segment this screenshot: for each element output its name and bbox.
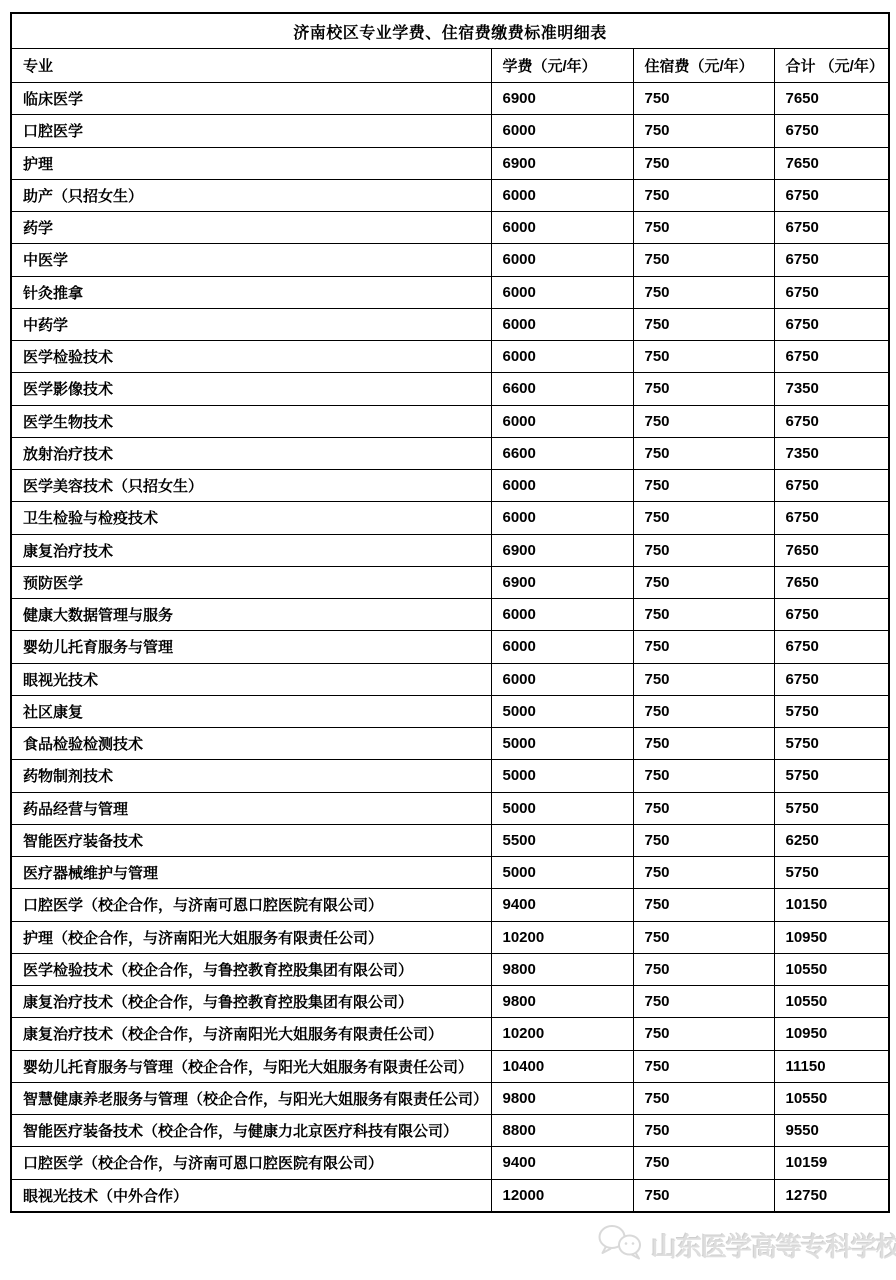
table-row: 药品经营与管理50007505750 [11, 792, 889, 824]
cell-accommodation: 750 [633, 1179, 774, 1212]
cell-tuition: 6000 [491, 276, 633, 308]
cell-major: 药品经营与管理 [11, 792, 491, 824]
cell-total: 6750 [774, 212, 889, 244]
cell-accommodation: 750 [633, 824, 774, 856]
cell-total: 11150 [774, 1050, 889, 1082]
cell-accommodation: 750 [633, 244, 774, 276]
cell-accommodation: 750 [633, 341, 774, 373]
table-row: 口腔医学（校企合作，与济南可恩口腔医院有限公司）940075010159 [11, 1147, 889, 1179]
col-header-total: 合计 （元/年） [774, 49, 889, 83]
cell-major: 婴幼儿托育服务与管理（校企合作，与阳光大姐服务有限责任公司） [11, 1050, 491, 1082]
cell-total: 6750 [774, 405, 889, 437]
cell-accommodation: 750 [633, 986, 774, 1018]
cell-tuition: 6000 [491, 244, 633, 276]
table-row: 婴幼儿托育服务与管理（校企合作，与阳光大姐服务有限责任公司）1040075011… [11, 1050, 889, 1082]
cell-total: 6750 [774, 244, 889, 276]
table-row: 卫生检验与检疫技术60007506750 [11, 502, 889, 534]
table-row: 眼视光技术60007506750 [11, 663, 889, 695]
cell-tuition: 9800 [491, 986, 633, 1018]
cell-accommodation: 750 [633, 1050, 774, 1082]
table-row: 临床医学69007507650 [11, 83, 889, 115]
cell-accommodation: 750 [633, 437, 774, 469]
cell-tuition: 6600 [491, 437, 633, 469]
cell-total: 5750 [774, 857, 889, 889]
cell-tuition: 6900 [491, 534, 633, 566]
cell-total: 6750 [774, 308, 889, 340]
col-header-major: 专业 [11, 49, 491, 83]
cell-accommodation: 750 [633, 405, 774, 437]
cell-tuition: 6900 [491, 566, 633, 598]
cell-accommodation: 750 [633, 889, 774, 921]
table-header-row: 专业 学费（元/年） 住宿费（元/年） 合计 （元/年） [11, 49, 889, 83]
table-row: 药学60007506750 [11, 212, 889, 244]
cell-major: 眼视光技术 [11, 663, 491, 695]
table-row: 康复治疗技术（校企合作，与济南阳光大姐服务有限责任公司）102007501095… [11, 1018, 889, 1050]
cell-total: 10159 [774, 1147, 889, 1179]
cell-total: 7650 [774, 83, 889, 115]
cell-total: 6750 [774, 599, 889, 631]
cell-total: 6750 [774, 341, 889, 373]
cell-accommodation: 750 [633, 470, 774, 502]
watermark-text: 山东医学高等专科学校 [651, 1227, 896, 1264]
cell-accommodation: 750 [633, 1082, 774, 1114]
table-row: 护理（校企合作，与济南阳光大姐服务有限责任公司）1020075010950 [11, 921, 889, 953]
cell-accommodation: 750 [633, 695, 774, 727]
table-row: 中药学60007506750 [11, 308, 889, 340]
col-header-accommodation: 住宿费（元/年） [633, 49, 774, 83]
cell-total: 7650 [774, 566, 889, 598]
cell-accommodation: 750 [633, 115, 774, 147]
cell-tuition: 10200 [491, 1018, 633, 1050]
cell-total: 6750 [774, 179, 889, 211]
cell-tuition: 6000 [491, 341, 633, 373]
cell-tuition: 5000 [491, 695, 633, 727]
cell-accommodation: 750 [633, 566, 774, 598]
cell-total: 5750 [774, 792, 889, 824]
col-header-tuition: 学费（元/年） [491, 49, 633, 83]
cell-accommodation: 750 [633, 1115, 774, 1147]
cell-accommodation: 750 [633, 953, 774, 985]
cell-accommodation: 750 [633, 1147, 774, 1179]
cell-major: 助产（只招女生） [11, 179, 491, 211]
cell-tuition: 9400 [491, 889, 633, 921]
cell-accommodation: 750 [633, 599, 774, 631]
table-row: 口腔医学60007506750 [11, 115, 889, 147]
cell-major: 护理 [11, 147, 491, 179]
table-row: 医学检验技术60007506750 [11, 341, 889, 373]
cell-total: 10550 [774, 953, 889, 985]
cell-total: 7650 [774, 534, 889, 566]
cell-accommodation: 750 [633, 1018, 774, 1050]
cell-tuition: 6000 [491, 179, 633, 211]
cell-accommodation: 750 [633, 663, 774, 695]
cell-accommodation: 750 [633, 631, 774, 663]
cell-tuition: 10400 [491, 1050, 633, 1082]
cell-total: 6750 [774, 115, 889, 147]
cell-tuition: 5000 [491, 728, 633, 760]
cell-total: 7350 [774, 373, 889, 405]
cell-major: 卫生检验与检疫技术 [11, 502, 491, 534]
cell-tuition: 6000 [491, 115, 633, 147]
cell-major: 口腔医学（校企合作，与济南可恩口腔医院有限公司） [11, 1147, 491, 1179]
cell-total: 10950 [774, 1018, 889, 1050]
cell-major: 社区康复 [11, 695, 491, 727]
cell-major: 放射治疗技术 [11, 437, 491, 469]
fee-table: 济南校区专业学费、住宿费缴费标准明细表 专业 学费（元/年） 住宿费（元/年） … [10, 12, 890, 1213]
cell-total: 10550 [774, 1082, 889, 1114]
cell-tuition: 5000 [491, 857, 633, 889]
cell-major: 医学检验技术 [11, 341, 491, 373]
cell-total: 10950 [774, 921, 889, 953]
cell-major: 医学美容技术（只招女生） [11, 470, 491, 502]
cell-major: 食品检验检测技术 [11, 728, 491, 760]
cell-tuition: 6900 [491, 147, 633, 179]
cell-total: 5750 [774, 728, 889, 760]
cell-major: 眼视光技术（中外合作） [11, 1179, 491, 1212]
cell-accommodation: 750 [633, 792, 774, 824]
cell-tuition: 8800 [491, 1115, 633, 1147]
cell-total: 9550 [774, 1115, 889, 1147]
cell-tuition: 10200 [491, 921, 633, 953]
cell-major: 中医学 [11, 244, 491, 276]
cell-tuition: 6000 [491, 470, 633, 502]
cell-tuition: 5000 [491, 760, 633, 792]
cell-major: 智能医疗装备技术（校企合作，与健康力北京医疗科技有限公司） [11, 1115, 491, 1147]
cell-tuition: 6000 [491, 212, 633, 244]
table-row: 医疗器械维护与管理50007505750 [11, 857, 889, 889]
cell-major: 智慧健康养老服务与管理（校企合作，与阳光大姐服务有限责任公司） [11, 1082, 491, 1114]
table-row: 智能医疗装备技术55007506250 [11, 824, 889, 856]
cell-accommodation: 750 [633, 921, 774, 953]
cell-major: 临床医学 [11, 83, 491, 115]
cell-accommodation: 750 [633, 728, 774, 760]
table-row: 药物制剂技术50007505750 [11, 760, 889, 792]
cell-tuition: 6600 [491, 373, 633, 405]
cell-major: 医疗器械维护与管理 [11, 857, 491, 889]
cell-major: 医学影像技术 [11, 373, 491, 405]
cell-major: 医学生物技术 [11, 405, 491, 437]
table-row: 口腔医学（校企合作，与济南可恩口腔医院有限公司）940075010150 [11, 889, 889, 921]
cell-major: 药物制剂技术 [11, 760, 491, 792]
table-row: 康复治疗技术（校企合作，与鲁控教育控股集团有限公司）980075010550 [11, 986, 889, 1018]
cell-tuition: 9400 [491, 1147, 633, 1179]
cell-major: 口腔医学 [11, 115, 491, 147]
cell-total: 5750 [774, 760, 889, 792]
cell-tuition: 6000 [491, 663, 633, 695]
cell-total: 6250 [774, 824, 889, 856]
table-row: 健康大数据管理与服务60007506750 [11, 599, 889, 631]
cell-tuition: 9800 [491, 1082, 633, 1114]
table-row: 医学检验技术（校企合作，与鲁控教育控股集团有限公司）980075010550 [11, 953, 889, 985]
cell-major: 护理（校企合作，与济南阳光大姐服务有限责任公司） [11, 921, 491, 953]
table-row: 护理69007507650 [11, 147, 889, 179]
table-row: 助产（只招女生）60007506750 [11, 179, 889, 211]
table-row: 智能医疗装备技术（校企合作，与健康力北京医疗科技有限公司）88007509550 [11, 1115, 889, 1147]
table-row: 康复治疗技术69007507650 [11, 534, 889, 566]
cell-total: 7650 [774, 147, 889, 179]
cell-total: 7350 [774, 437, 889, 469]
table-row: 社区康复50007505750 [11, 695, 889, 727]
cell-tuition: 12000 [491, 1179, 633, 1212]
cell-total: 6750 [774, 276, 889, 308]
cell-major: 口腔医学（校企合作，与济南可恩口腔医院有限公司） [11, 889, 491, 921]
cell-major: 婴幼儿托育服务与管理 [11, 631, 491, 663]
cell-total: 6750 [774, 470, 889, 502]
cell-accommodation: 750 [633, 308, 774, 340]
table-row: 针灸推拿60007506750 [11, 276, 889, 308]
table-row: 智慧健康养老服务与管理（校企合作，与阳光大姐服务有限责任公司）980075010… [11, 1082, 889, 1114]
cell-tuition: 5500 [491, 824, 633, 856]
cell-accommodation: 750 [633, 212, 774, 244]
cell-total: 6750 [774, 663, 889, 695]
table-body: 临床医学69007507650口腔医学60007506750护理69007507… [11, 83, 889, 1213]
table-row: 医学影像技术66007507350 [11, 373, 889, 405]
table-row: 放射治疗技术66007507350 [11, 437, 889, 469]
cell-accommodation: 750 [633, 502, 774, 534]
cell-accommodation: 750 [633, 147, 774, 179]
cell-tuition: 6000 [491, 502, 633, 534]
cell-tuition: 6000 [491, 599, 633, 631]
watermark: 山东医学高等专科学校 [598, 1222, 896, 1269]
table-row: 医学美容技术（只招女生）60007506750 [11, 470, 889, 502]
cell-accommodation: 750 [633, 179, 774, 211]
cell-total: 12750 [774, 1179, 889, 1212]
cell-tuition: 6000 [491, 308, 633, 340]
cell-total: 6750 [774, 631, 889, 663]
cell-major: 医学检验技术（校企合作，与鲁控教育控股集团有限公司） [11, 953, 491, 985]
cell-major: 康复治疗技术（校企合作，与济南阳光大姐服务有限责任公司） [11, 1018, 491, 1050]
cell-total: 6750 [774, 502, 889, 534]
cell-accommodation: 750 [633, 760, 774, 792]
cell-major: 健康大数据管理与服务 [11, 599, 491, 631]
cell-total: 5750 [774, 695, 889, 727]
table-row: 医学生物技术60007506750 [11, 405, 889, 437]
cell-tuition: 6000 [491, 405, 633, 437]
cell-tuition: 5000 [491, 792, 633, 824]
cell-total: 10150 [774, 889, 889, 921]
table-title-row: 济南校区专业学费、住宿费缴费标准明细表 [11, 13, 889, 49]
table-row: 中医学60007506750 [11, 244, 889, 276]
cell-accommodation: 750 [633, 83, 774, 115]
cell-major: 药学 [11, 212, 491, 244]
cell-major: 针灸推拿 [11, 276, 491, 308]
cell-tuition: 9800 [491, 953, 633, 985]
cell-major: 中药学 [11, 308, 491, 340]
wechat-logo-icon [598, 1222, 644, 1269]
cell-accommodation: 750 [633, 276, 774, 308]
cell-accommodation: 750 [633, 857, 774, 889]
cell-total: 10550 [774, 986, 889, 1018]
cell-major: 预防医学 [11, 566, 491, 598]
table-row: 眼视光技术（中外合作）1200075012750 [11, 1179, 889, 1212]
cell-tuition: 6000 [491, 631, 633, 663]
cell-accommodation: 750 [633, 534, 774, 566]
cell-accommodation: 750 [633, 373, 774, 405]
cell-major: 智能医疗装备技术 [11, 824, 491, 856]
table-row: 食品检验检测技术50007505750 [11, 728, 889, 760]
cell-tuition: 6900 [491, 83, 633, 115]
cell-major: 康复治疗技术（校企合作，与鲁控教育控股集团有限公司） [11, 986, 491, 1018]
table-row: 预防医学69007507650 [11, 566, 889, 598]
table-title: 济南校区专业学费、住宿费缴费标准明细表 [11, 13, 889, 49]
cell-major: 康复治疗技术 [11, 534, 491, 566]
table-row: 婴幼儿托育服务与管理60007506750 [11, 631, 889, 663]
